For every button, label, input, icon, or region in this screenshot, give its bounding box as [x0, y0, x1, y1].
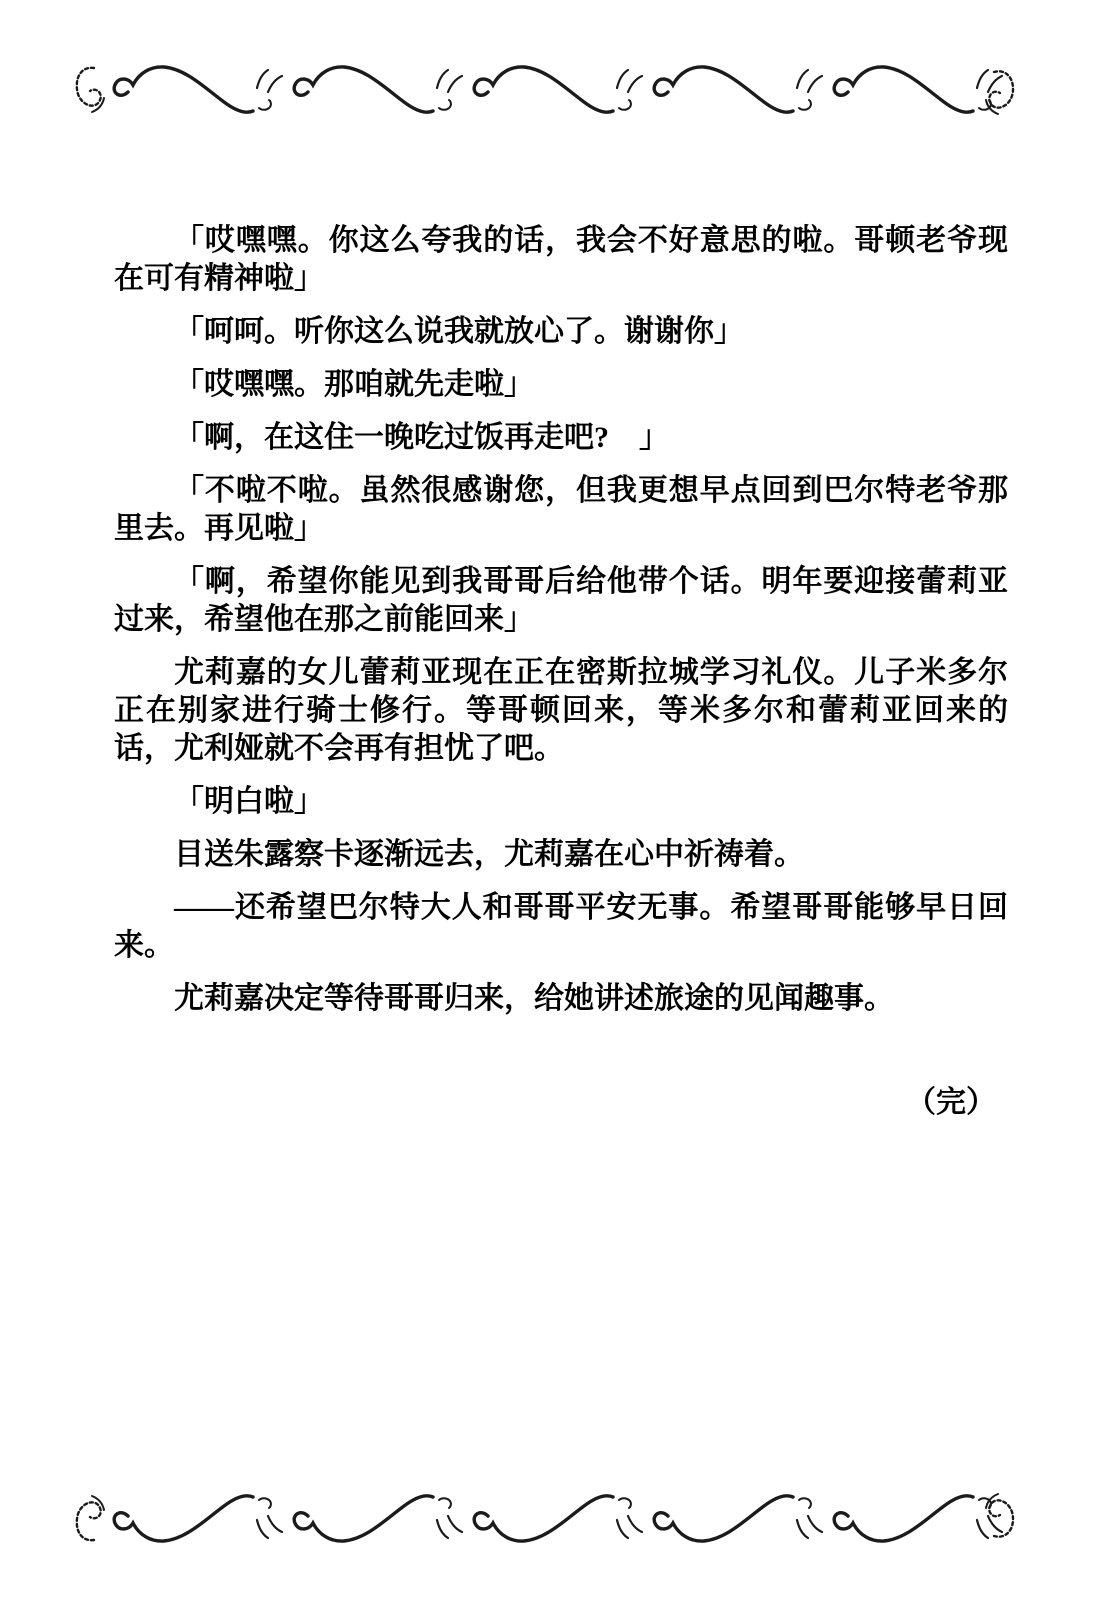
- novel-text-column: 「哎嘿嘿。你这么夸我的话，我会不好意思的啦。哥顿老爷现在可有精神啦」 「呵呵。听…: [114, 222, 1008, 1137]
- paragraph-narration: ——还希望巴尔特大人和哥哥平安无事。希望哥哥能够早日回来。: [114, 889, 1008, 965]
- paragraph-narration: 目送朱露察卡逐渐远去，尤莉嘉在心中祈祷着。: [114, 836, 1008, 874]
- paragraph-dialogue: 「哎嘿嘿。那咱就先走啦」: [114, 366, 1008, 404]
- flourish-border-top-icon: [72, 52, 1018, 130]
- end-mark: （完）: [114, 1084, 1008, 1122]
- paragraph-dialogue: 「不啦不啦。虽然很感谢您，但我更想早点回到巴尔特老爷那里去。再见啦」: [114, 472, 1008, 548]
- paragraph-dialogue: 「啊，在这住一晚吃过饭再走吧? 」: [114, 419, 1008, 457]
- paragraph-narration: 尤莉嘉的女儿蕾莉亚现在正在密斯拉城学习礼仪。儿子米多尔正在别家进行骑士修行。等哥…: [114, 654, 1008, 768]
- flourish-border-bottom-icon: [72, 1478, 1018, 1556]
- book-page: 「哎嘿嘿。你这么夸我的话，我会不好意思的啦。哥顿老爷现在可有精神啦」 「呵呵。听…: [0, 0, 1120, 1600]
- paragraph-dialogue: 「呵呵。听你这么说我就放心了。谢谢你」: [114, 313, 1008, 351]
- paragraph-dialogue: 「明白啦」: [114, 783, 1008, 821]
- paragraph-dialogue: 「啊，希望你能见到我哥哥后给他带个话。明年要迎接蕾莉亚过来，希望他在那之前能回来…: [114, 563, 1008, 639]
- paragraph-narration: 尤莉嘉决定等待哥哥归来，给她讲述旅途的见闻趣事。: [114, 980, 1008, 1018]
- paragraph-dialogue: 「哎嘿嘿。你这么夸我的话，我会不好意思的啦。哥顿老爷现在可有精神啦」: [114, 222, 1008, 298]
